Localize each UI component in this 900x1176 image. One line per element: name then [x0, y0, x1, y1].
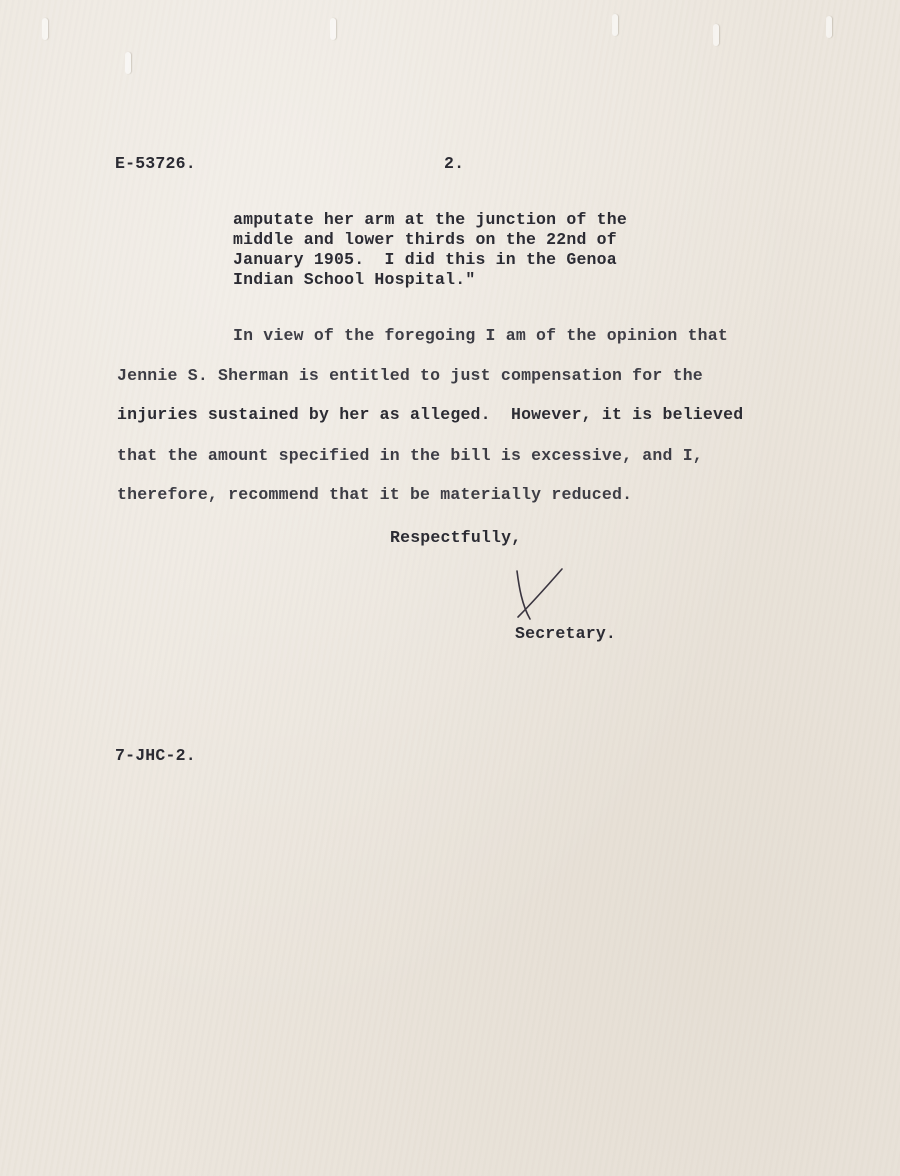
body-line: In view of the foregoing I am of the opi…	[233, 326, 728, 345]
punch-mark	[125, 52, 131, 74]
body-line: injuries sustained by her as alleged. Ho…	[117, 405, 743, 424]
body-line: Jennie S. Sherman is entitled to just co…	[117, 366, 703, 385]
quote-line: January 1905. I did this in the Genoa	[233, 250, 617, 269]
signature-title: Secretary.	[515, 624, 616, 643]
punch-mark	[826, 16, 832, 38]
quote-line: Indian School Hospital."	[233, 270, 475, 289]
punch-mark	[330, 18, 336, 40]
reference-code: 7-JHC-2.	[115, 746, 196, 765]
file-number: E-53726.	[115, 154, 196, 173]
check-mark-signature-icon	[510, 567, 570, 627]
punch-mark	[713, 24, 719, 46]
quote-line: middle and lower thirds on the 22nd of	[233, 230, 617, 249]
punch-mark	[612, 14, 618, 36]
body-line: that the amount specified in the bill is…	[117, 446, 703, 465]
punch-mark	[42, 18, 48, 40]
quote-line: amputate her arm at the junction of the	[233, 210, 627, 229]
document-page: E-53726. 2. amputate her arm at the junc…	[0, 0, 900, 1176]
salutation: Respectfully,	[390, 528, 521, 547]
body-line: therefore, recommend that it be material…	[117, 485, 632, 504]
page-number: 2.	[444, 154, 464, 173]
